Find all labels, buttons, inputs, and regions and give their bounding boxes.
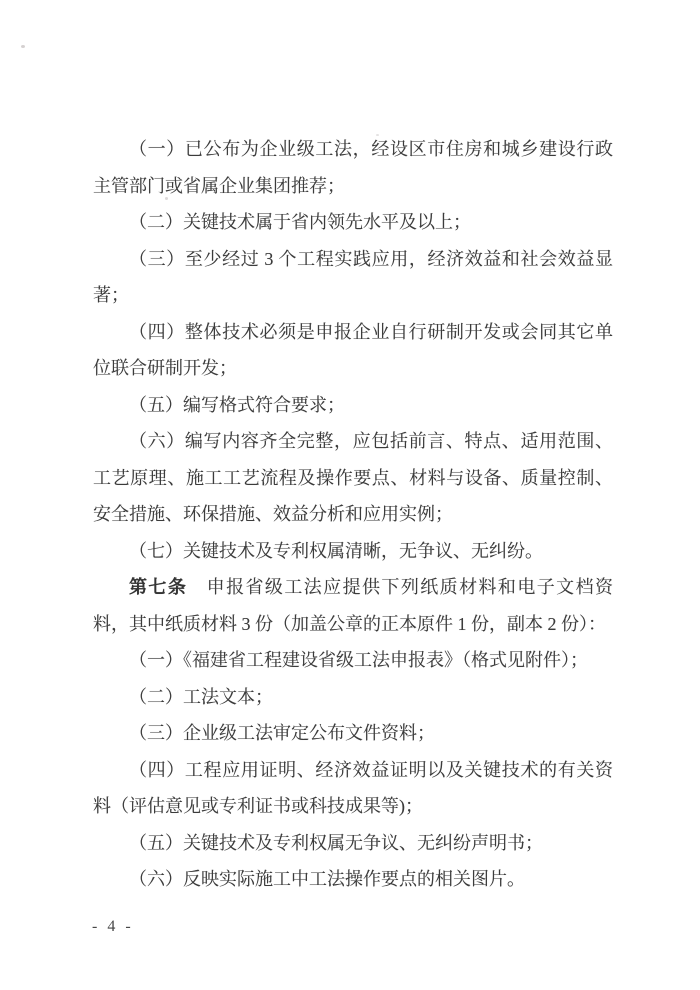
article-number-label: 第七条: [129, 577, 187, 597]
clause-text: （七）关键技术及专利权属清晰，无争议、无纠纷。: [129, 541, 543, 561]
article-7-paragraph: 第七条 申报省级工法应提供下列纸质材料和电子文档资料，其中纸质材料 3 份（加盖…: [93, 569, 613, 642]
clause-text: （四）工程应用证明、经济效益证明以及关键技术的有关资料（评估意见或专利证书或科技…: [93, 760, 613, 817]
clause-text: （一）《福建省工程建设省级工法申报表》（格式见附件）；: [129, 650, 588, 670]
material-item-3: （三）企业级工法审定公布文件资料；: [93, 715, 613, 752]
material-item-6: （六）反映实际施工中工法操作要点的相关图片。: [93, 861, 613, 898]
scan-artifact-speck: [21, 45, 25, 48]
clause-item-5: （五）编写格式符合要求；: [93, 387, 613, 424]
clause-item-6: （六）编写内容齐全完整，应包括前言、特点、适用范围、工艺原理、施工工艺流程及操作…: [93, 423, 613, 533]
clause-item-3: （三）至少经过 3 个工程实践应用，经济效益和社会效益显著；: [93, 241, 613, 314]
clause-text: （三）企业级工法审定公布文件资料；: [129, 723, 435, 743]
clause-text: （六）反映实际施工中工法操作要点的相关图片。: [129, 869, 525, 889]
document-body-text: （一）已公布为企业级工法，经设区市住房和城乡建设行政主管部门或省属企业集团推荐；…: [93, 131, 613, 898]
clause-text: （三）至少经过 3 个工程实践应用，经济效益和社会效益显著；: [93, 249, 613, 306]
clause-item-4: （四）整体技术必须是申报企业自行研制开发或会同其它单位联合研制开发；: [93, 314, 613, 387]
clause-text: （二）关键技术属于省内领先水平及以上；: [129, 212, 471, 232]
material-item-5: （五）关键技术及专利权属无争议、无纠纷声明书；: [93, 825, 613, 862]
page-number: - 4 -: [92, 917, 134, 937]
clause-text: （一）已公布为企业级工法，经设区市住房和城乡建设行政主管部门或省属企业集团推荐；: [93, 139, 613, 196]
document-page: （一）已公布为企业级工法，经设区市住房和城乡建设行政主管部门或省属企业集团推荐；…: [0, 0, 700, 990]
clause-text: （四）整体技术必须是申报企业自行研制开发或会同其它单位联合研制开发；: [93, 322, 613, 379]
clause-item-1: （一）已公布为企业级工法，经设区市住房和城乡建设行政主管部门或省属企业集团推荐；: [93, 131, 613, 204]
clause-text: （五）关键技术及专利权属无争议、无纠纷声明书；: [129, 833, 543, 853]
material-item-1: （一）《福建省工程建设省级工法申报表》（格式见附件）；: [93, 642, 613, 679]
clause-text: （二）工法文本；: [129, 687, 273, 707]
clause-item-2: （二）关键技术属于省内领先水平及以上；: [93, 204, 613, 241]
clause-item-7: （七）关键技术及专利权属清晰，无争议、无纠纷。: [93, 533, 613, 570]
clause-text: （五）编写格式符合要求；: [129, 395, 345, 415]
material-item-2: （二）工法文本；: [93, 679, 613, 716]
clause-text: （六）编写内容齐全完整，应包括前言、特点、适用范围、工艺原理、施工工艺流程及操作…: [93, 431, 613, 524]
material-item-4: （四）工程应用证明、经济效益证明以及关键技术的有关资料（评估意见或专利证书或科技…: [93, 752, 613, 825]
